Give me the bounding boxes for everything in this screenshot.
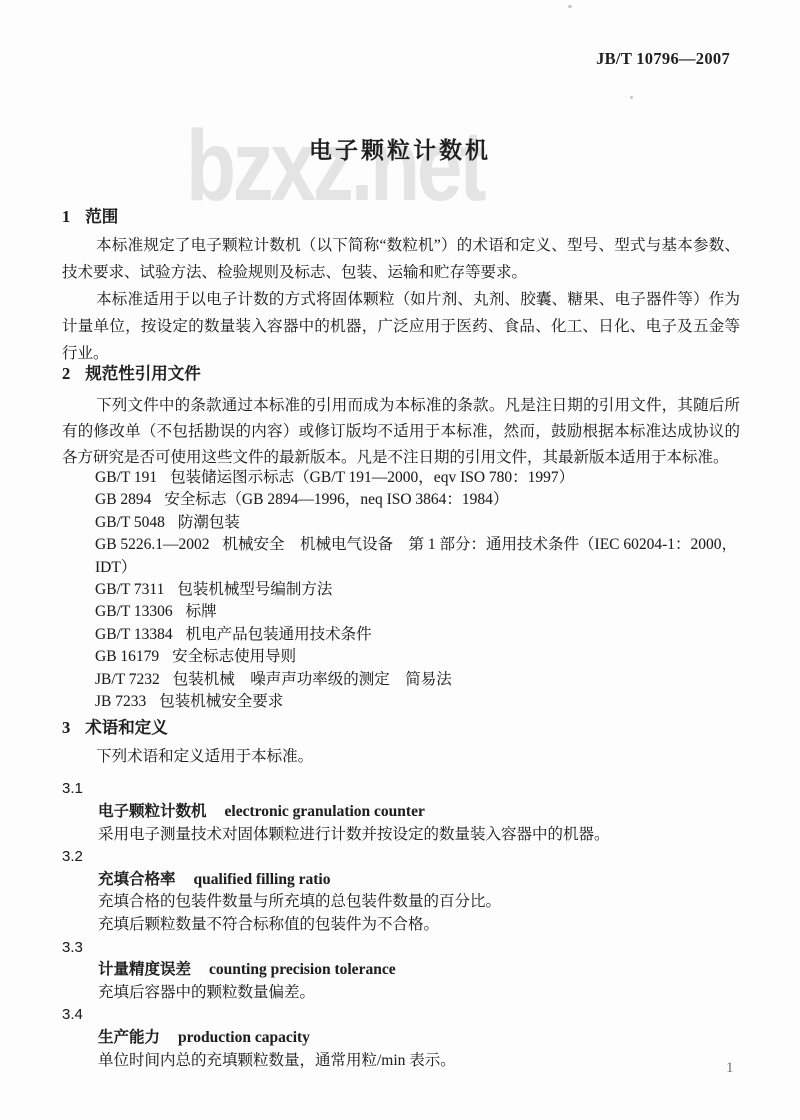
term-definition: 采用电子测量技术对固体颗粒进行计数并按设定的数量装入容器中的机器。 (62, 824, 740, 847)
term-definition: 充填后容器中的颗粒数量偏差。 (62, 982, 740, 1005)
section-title: 规范性引用文件 (85, 364, 201, 383)
term-number: 3.3 (62, 937, 740, 960)
reference-title: 包装储运图示标志（GB/T 191—2000，eqv ISO 780：1997） (170, 469, 574, 486)
reference-title: 包装机械安全要求 (159, 693, 283, 710)
scope-paragraph-2: 本标准适用于以电子计数的方式将固体颗粒（如片剂、丸剂、胶囊、糖果、电子器件等）作… (62, 286, 740, 367)
reference-code: GB/T 7311 (95, 581, 164, 598)
term-number: 3.2 (62, 846, 740, 869)
reference-title: 标牌 (186, 603, 217, 620)
term-number: 3.4 (62, 1004, 740, 1027)
reference-code: GB 5226.1—2002 (95, 536, 210, 553)
reference-title: 包装机械型号编制方法 (177, 581, 332, 598)
term-3-1: 3.1 电子颗粒计数机electronic granulation counte… (62, 778, 740, 846)
reference-code: GB/T 191 (95, 469, 157, 486)
reference-item: GB/T 13306标牌 (95, 601, 740, 623)
section-2-heading: 2规范性引用文件 (62, 363, 740, 385)
section-number: 3 (62, 718, 70, 737)
section-number: 2 (62, 364, 70, 383)
term-definition: 单位时间内总的充填颗粒数量，通常用粒/min 表示。 (62, 1050, 740, 1073)
reference-item: GB/T 7311包装机械型号编制方法 (95, 579, 740, 601)
reference-item: GB 5226.1—2002机械安全 机械电气设备 第 1 部分：通用技术条件（… (95, 534, 740, 579)
reference-code: JB/T 7232 (95, 671, 160, 688)
reference-code: GB/T 13306 (95, 603, 173, 620)
reference-code: GB/T 13384 (95, 626, 173, 643)
reference-item: JB 7233包装机械安全要求 (95, 691, 740, 713)
scope-paragraph-1: 本标准规定了电子颗粒计数机（以下简称“数粒机”）的术语和定义、型号、型式与基本参… (62, 232, 740, 286)
term-title-zh: 电子颗粒计数机 (98, 803, 207, 820)
section-title: 范围 (85, 207, 118, 226)
section-1-heading: 1范围 (62, 206, 740, 228)
reference-item: GB/T 5048防潮包装 (95, 512, 740, 534)
reference-title: 安全标志使用导则 (172, 648, 296, 665)
document-body: 1范围 本标准规定了电子颗粒计数机（以下简称“数粒机”）的术语和定义、型号、型式… (62, 0, 740, 1072)
term-title-en: electronic granulation counter (225, 803, 425, 820)
section-number: 1 (62, 207, 70, 226)
term-3-4: 3.4 生产能力production capacity 单位时间内总的充填颗粒数… (62, 1004, 740, 1072)
reference-item: GB 2894安全标志（GB 2894—1996，neq ISO 3864：19… (95, 489, 740, 511)
reference-code: JB 7233 (95, 693, 146, 710)
normative-references-paragraph: 下列文件中的条款通过本标准的引用而成为本标准的条款。凡是注日期的引用文件，其随后… (62, 393, 740, 471)
reference-code: GB 16179 (95, 648, 159, 665)
term-title-zh: 生产能力 (98, 1029, 160, 1046)
term-3-2: 3.2 充填合格率qualified filling ratio 充填合格的包装… (62, 846, 740, 936)
term-title-en: qualified filling ratio (194, 871, 331, 888)
term-title: 计量精度误差counting precision tolerance (62, 959, 740, 982)
section-3-heading: 3术语和定义 (62, 717, 740, 739)
term-title-en: counting precision tolerance (209, 961, 396, 978)
reference-title: 包装机械 噪声声功率级的测定 简易法 (173, 671, 452, 688)
term-3-3: 3.3 计量精度误差counting precision tolerance 充… (62, 937, 740, 1005)
term-title-zh: 充填合格率 (98, 871, 176, 888)
term-definition: 充填合格的包装件数量与所充填的总包装件数量的百分比。 (62, 891, 740, 914)
term-title: 充填合格率qualified filling ratio (62, 869, 740, 892)
term-title: 生产能力production capacity (62, 1027, 740, 1050)
standard-code-header: JB/T 10796—2007 (596, 49, 730, 69)
reference-title: 防潮包装 (178, 514, 240, 531)
reference-title: 机电产品包装通用技术条件 (186, 626, 372, 643)
section-title: 术语和定义 (85, 718, 168, 737)
reference-item: GB 16179安全标志使用导则 (95, 646, 740, 668)
terms-list: 3.1 电子颗粒计数机electronic granulation counte… (62, 778, 740, 1072)
term-number: 3.1 (62, 778, 740, 801)
term-definition: 充填后颗粒数量不符合标称值的包装件为不合格。 (62, 914, 740, 937)
reference-item: GB/T 13384机电产品包装通用技术条件 (95, 624, 740, 646)
scanned-document-page: JB/T 10796—2007 bzxz.net 电子颗粒计数机 1范围 本标准… (0, 0, 800, 1120)
term-title: 电子颗粒计数机electronic granulation counter (62, 801, 740, 824)
reference-code: GB/T 5048 (95, 514, 165, 531)
term-title-zh: 计量精度误差 (98, 961, 191, 978)
references-list: GB/T 191包装储运图示标志（GB/T 191—2000，eqv ISO 7… (62, 467, 740, 713)
terms-intro: 下列术语和定义适用于本标准。 (62, 745, 740, 768)
term-title-en: production capacity (178, 1029, 310, 1046)
reference-title: 安全标志（GB 2894—1996，neq ISO 3864：1984） (164, 491, 508, 508)
reference-code: GB 2894 (95, 491, 151, 508)
reference-item: JB/T 7232包装机械 噪声声功率级的测定 简易法 (95, 669, 740, 691)
